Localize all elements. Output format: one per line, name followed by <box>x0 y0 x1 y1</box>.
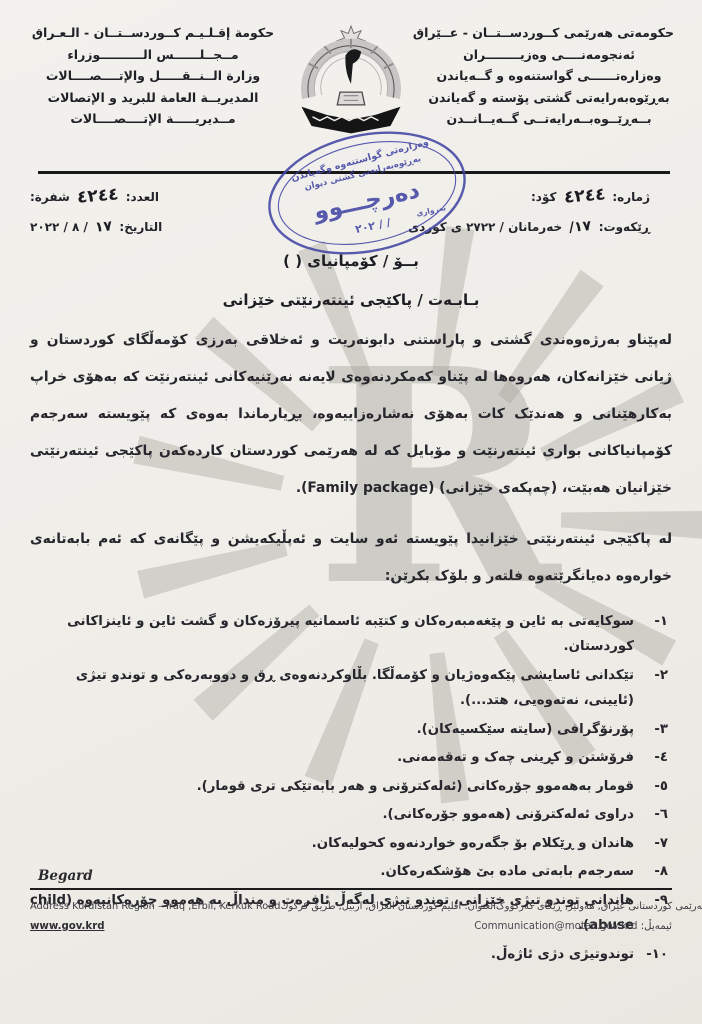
code-label: کۆد: <box>531 190 556 204</box>
email-line: ئیمەیڵ: Communication@motac.gov.krd <box>474 921 672 932</box>
item-text: دراوی ئەلەکترۆنی (هەموو جۆرەکانی). <box>30 802 634 828</box>
subject-line: بـابـەت / پاکێجی ئینتەرنێتی خێزانی <box>30 291 672 309</box>
number-value-handwritten: ٤٢٤٤ <box>73 184 122 208</box>
body-paragraph-2: لە پاکێجی ئینتەرنێتی خێزانیدا پێویستە ئە… <box>30 521 672 595</box>
reference-arabic: العدد: ٤٢٤٤ شفرة: التاريخ: ١٧ / ٨ / ٢٠٢٢ <box>30 186 260 248</box>
letterhead-line: حکومەتی هەرێمی کــوردســتــان - عــێراق <box>424 22 674 44</box>
item-number: ٧- <box>634 831 668 857</box>
item-text: فرۆشتن و کڕینی چەک و تەقەمەنی. <box>30 745 634 771</box>
address-row: Address Kurdistan Region – Iraq ,Erbil, … <box>30 901 672 912</box>
date-day-handwritten: ١٧ <box>91 218 115 236</box>
date-day-handwritten: ١٧/ <box>566 218 596 236</box>
list-item: ١٠- توندوتیژی دژی ئاژەڵ. <box>30 942 668 968</box>
letterhead-line: المديريــة العامة للبريد و الإتصالات <box>28 87 278 109</box>
letterhead-line: وەزارەتــــــی گواستنەوە و گــەیاندن <box>424 65 674 87</box>
item-number: ١٠- <box>634 942 668 968</box>
date-label: ڕێکەوت: <box>599 220 650 234</box>
website-link: www.gov.krd <box>30 921 105 932</box>
letterhead-line: بــەڕێــوەبــەرایەتــی گــەیــانــدن <box>424 108 674 130</box>
letterhead-line: بەڕێوەبەرایەتی گشتی پۆستە و گەیاندن <box>424 87 674 109</box>
links-row: www.gov.krd ئیمەیڵ: Communication@motac.… <box>30 921 672 932</box>
list-item: ١- سوکایەتی بە ئاین و پێغەمبەرەکان و کتێ… <box>30 609 668 660</box>
number-value-handwritten: ٤٢٤٤ <box>560 184 609 208</box>
footer-signature: Begard <box>38 868 672 884</box>
date-rest: / ٨ / ٢٠٢٢ <box>30 220 88 234</box>
item-number: ١- <box>634 609 668 660</box>
address-arabic: العنوان: اقليم كوردستان العراق, اربيل, ط… <box>280 901 496 912</box>
letterhead-line: مــجــلــــــس الــــــــــوزراء <box>28 44 278 66</box>
letter-footer: Begard Address Kurdistan Region – Iraq ,… <box>30 868 672 932</box>
date-label: التاريخ: <box>119 220 162 234</box>
email-value: Communication@motac.gov.krd <box>474 921 637 932</box>
body-paragraph-1: لەپێناو بەرژەوەندی گشتی و پاراستنی دابون… <box>30 322 672 507</box>
list-item: ٢- تێکدانی ئاسایشی پێکەوەژیان و کۆمەڵگا.… <box>30 663 668 714</box>
address-english: Address Kurdistan Region – Iraq ,Erbil, … <box>30 901 280 912</box>
item-number: ٤- <box>634 745 668 771</box>
scanned-letter-page: R حكومة إقـلـيـم كــوردســتــان - الـعـر… <box>0 0 702 1024</box>
footer-divider <box>30 888 672 890</box>
item-text: پۆرنۆگرافی (سایتە سێکسیەکان). <box>30 717 634 743</box>
item-number: ٣- <box>634 717 668 743</box>
item-text: سوکایەتی بە ئاین و پێغەمبەرەکان و کتێبە … <box>30 609 634 660</box>
item-number: ٢- <box>634 663 668 714</box>
stamp-date-value: / / ٢٠٢ <box>354 216 393 236</box>
item-text: قومار بەهەموو جۆرەکانی (ئەلەکترۆنی و هەر… <box>30 774 634 800</box>
letterhead-kurdish: حکومەتی هەرێمی کــوردســتــان - عــێراق … <box>424 22 674 130</box>
letterhead-line: مــديريـــــة الإتــــصــــالات <box>28 108 278 130</box>
list-item: ٥- قومار بەهەموو جۆرەکانی (ئەلەکترۆنی و … <box>30 774 668 800</box>
item-text: تێکدانی ئاسایشی پێکەوەژیان و کۆمەڵگا. بڵ… <box>30 663 634 714</box>
number-label: العدد: <box>126 190 159 204</box>
letterhead-line: وزارة الــنــقـــــل والإتــــصــــالات <box>28 65 278 87</box>
list-item: ٣- پۆرنۆگرافی (سایتە سێکسیەکان). <box>30 717 668 743</box>
letterhead-line: حكومة إقـلـيـم كــوردســتــان - الـعـراق <box>28 22 278 44</box>
number-label: ژمارە: <box>612 190 650 204</box>
letterhead-arabic: حكومة إقـلـيـم كــوردســتــان - الـعـراق… <box>28 22 278 130</box>
list-item: ٦- دراوی ئەلەکترۆنی (هەموو جۆرەکانی). <box>30 802 668 828</box>
letter-body: بــۆ / کۆمپانیای ( ) بـابـەت / پاکێجی ئی… <box>30 252 672 970</box>
letterhead-line: ئەنجومەنــــی وەزیــــــــران <box>424 44 674 66</box>
item-number: ٥- <box>634 774 668 800</box>
email-label: ئیمەیڵ: <box>641 921 672 932</box>
item-text: هاندان و ڕێکلام بۆ جگەرەو خواردنەوە کحول… <box>30 831 634 857</box>
item-number: ٦- <box>634 802 668 828</box>
list-item: ٧- هاندان و ڕێکلام بۆ جگەرەو خواردنەوە ک… <box>30 831 668 857</box>
stamp-date-label: بەرواری <box>415 203 446 218</box>
list-item: ٤- فرۆشتن و کڕینی چەک و تەقەمەنی. <box>30 745 668 771</box>
item-text: توندوتیژی دژی ئاژەڵ. <box>30 942 634 968</box>
address-kurdish: ناونیشان: هەرێمی کوردستانی عێراق, هەولێر… <box>496 901 702 912</box>
code-label: شفرة: <box>30 190 70 204</box>
